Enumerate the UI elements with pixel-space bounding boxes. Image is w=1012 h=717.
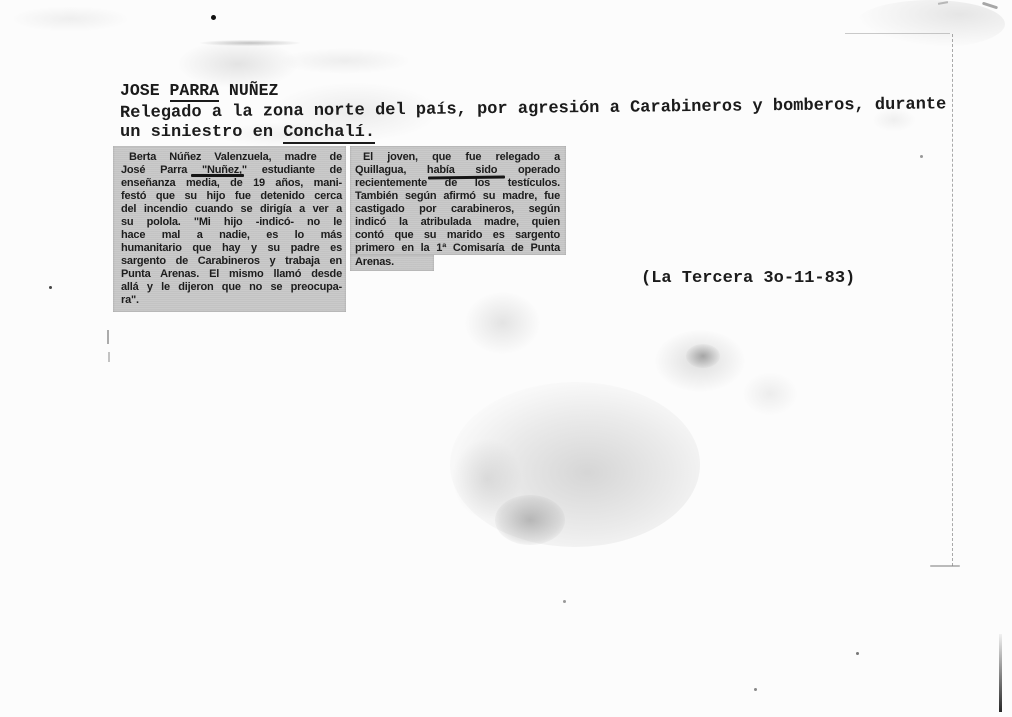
news-text-line: Quillagua, había sido operado	[355, 164, 560, 177]
news-clipping-column-2-last-line: Arenas.	[350, 255, 434, 271]
typed-headline-line2-pre: un siniestro en	[120, 123, 283, 142]
noise-speck	[563, 600, 566, 603]
noise-speck	[754, 688, 757, 691]
news-text-line: enseñanza media, de 19 años, mani-	[121, 177, 342, 190]
left-edge-dash-mark	[107, 330, 109, 344]
sheet-bottom-corner-mark	[930, 565, 960, 567]
scan-smudge	[10, 6, 130, 32]
news-clipping-column-1: Berta Núñez Valenzuela, madre deJosé Par…	[113, 146, 346, 312]
news-text-line: También según afirmó su madre, fue	[355, 190, 560, 203]
scan-stain	[742, 372, 798, 416]
news-text-line: sargento de Carabineros y trabaja en	[121, 255, 342, 268]
noise-speck	[856, 652, 859, 655]
news-text-line: allá y le dijeron que no se preocupa-	[121, 281, 342, 294]
news-text-line: del incendio cuando se dirigía a ver a	[121, 203, 342, 216]
typed-headline-line2: un siniestro en Conchalí.	[120, 123, 375, 142]
news-text-line: hace mal a nadie, es lo más	[121, 229, 342, 242]
news-text-line: indicó la atribulada madre, quien	[355, 216, 560, 229]
scan-smudge	[280, 48, 410, 74]
ink-dot	[49, 286, 52, 289]
news-text-line: El joven, que fue relegado a	[355, 151, 560, 164]
news-text-line: Punta Arenas. El mismo llamó desde	[121, 268, 342, 281]
scan-stain	[452, 438, 522, 520]
news-text-line: su polola. "Mi hijo -indicó- no le	[121, 216, 342, 229]
handwritten-underline-nunez	[191, 174, 244, 177]
news-text-line: castigado por carabineros, según	[355, 203, 560, 216]
scan-stain	[655, 330, 745, 392]
scan-stain	[686, 344, 720, 368]
sheet-right-edge-dashed-line	[952, 34, 953, 566]
scanned-document-page: JOSE PARRA NUÑEZ Relegado a la zona nort…	[0, 0, 1012, 717]
news-text-line: Berta Núñez Valenzuela, madre de	[121, 151, 342, 164]
scan-stain	[465, 292, 540, 354]
news-text-line: ra".	[121, 294, 342, 307]
source-citation: (La Tercera 3o-11-83)	[641, 269, 855, 288]
typed-headline-line2-underlined: Conchalí.	[283, 123, 375, 144]
corner-pen-mark	[982, 2, 998, 10]
news-text-line: primero en la 1ª Comisaría de Punta	[355, 242, 560, 255]
typed-name-pre: JOSE	[120, 81, 170, 100]
scan-stain	[450, 382, 700, 547]
news-clipping-column-2: El joven, que fue relegado aQuillagua, h…	[350, 146, 566, 255]
handwritten-underline-habia-sido	[428, 175, 505, 179]
typed-subject-name: JOSE PARRA NUÑEZ	[120, 81, 278, 100]
scanner-edge-bar	[999, 634, 1002, 712]
typed-name-post: NUÑEZ	[219, 81, 278, 100]
news-text-line: recientemente de los testículos.	[355, 177, 560, 190]
news-text-line: festó que su hijo fue detenido cerca	[121, 190, 342, 203]
corner-pen-mark	[938, 1, 948, 5]
typed-name-underlined: PARRA	[170, 81, 220, 102]
sheet-top-edge-line	[845, 33, 950, 34]
left-edge-dash-mark	[108, 352, 110, 362]
ink-dot	[211, 15, 216, 20]
news-text-line: humanitario que hay y su padre es	[121, 242, 342, 255]
scan-smudge	[200, 40, 300, 46]
noise-speck	[920, 155, 923, 158]
scan-stain	[495, 495, 565, 545]
news-text-line: contó que su marido es sargento	[355, 229, 560, 242]
scan-smudge	[855, 0, 1005, 48]
